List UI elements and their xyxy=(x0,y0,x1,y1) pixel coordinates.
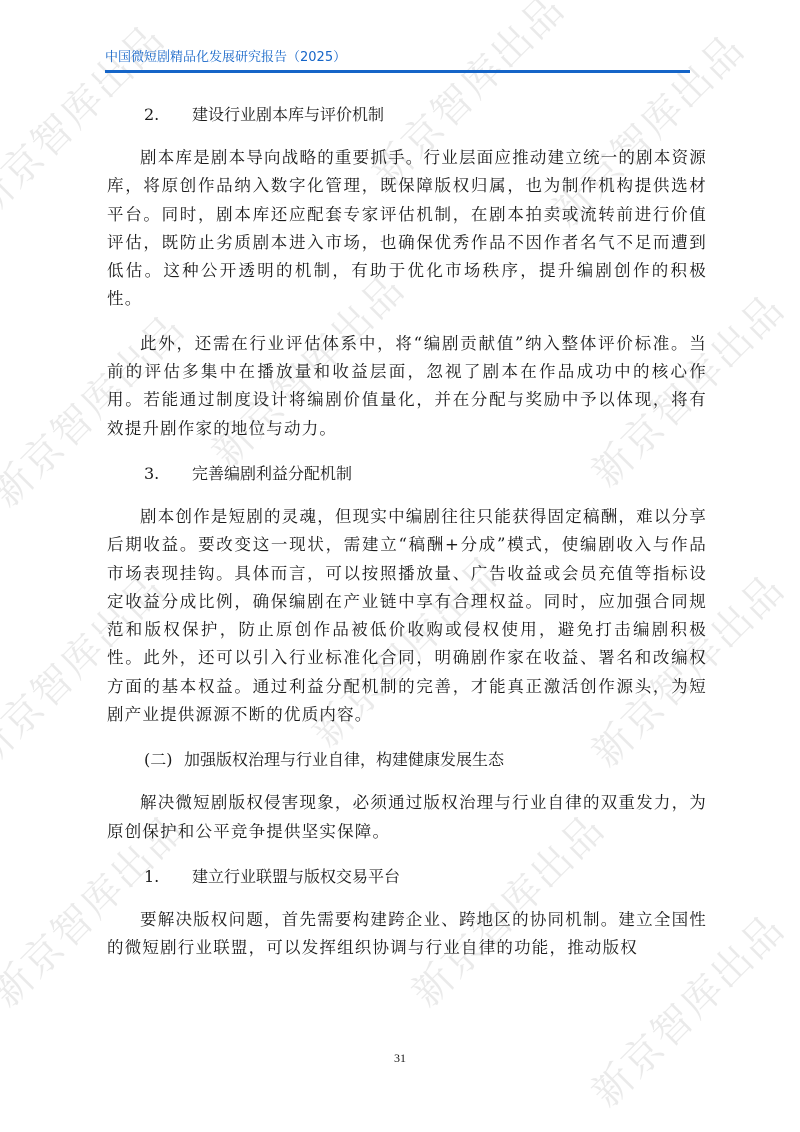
section-title: 完善编剧利益分配机制 xyxy=(192,464,352,483)
running-header-title: 中国微短剧精品化发展研究报告（2025） xyxy=(105,46,346,65)
section-title: 建立行业联盟与版权交易平台 xyxy=(192,867,400,886)
subheading-title: 加强版权治理与行业自律，构建健康发展生态 xyxy=(184,750,504,769)
section-number: 3. xyxy=(144,459,192,489)
paragraph: 剧本库是剧本导向战略的重要抓手。行业层面应推动建立统一的剧本资源库，将原创作品纳… xyxy=(107,144,707,314)
chapter-subheading: (二)加强版权治理与行业自律，构建健康发展生态 xyxy=(144,745,707,775)
subheading-number: (二) xyxy=(144,745,184,775)
paragraph: 解决微短剧版权侵害现象，必须通过版权治理与行业自律的双重发力，为原创保护和公平竞… xyxy=(107,789,707,846)
paragraph: 要解决版权问题，首先需要构建跨企业、跨地区的协同机制。建立全国性的微短剧行业联盟… xyxy=(107,906,707,963)
section-heading: 1.建立行业联盟与版权交易平台 xyxy=(144,862,707,892)
section-heading: 2.建设行业剧本库与评价机制 xyxy=(144,100,707,130)
section-heading: 3.完善编剧利益分配机制 xyxy=(144,459,707,489)
section-number: 2. xyxy=(144,100,192,130)
paragraph: 此外，还需在行业评估体系中，将“编剧贡献值”纳入整体评价标准。当前的评估多集中在… xyxy=(107,330,707,443)
page-body: 2.建设行业剧本库与评价机制 剧本库是剧本导向战略的重要抓手。行业层面应推动建立… xyxy=(107,100,707,963)
page-number: 31 xyxy=(0,1051,800,1066)
header-rule xyxy=(105,70,690,73)
paragraph: 剧本创作是短剧的灵魂，但现实中编剧往往只能获得固定稿酬，难以分享后期收益。要改变… xyxy=(107,503,707,729)
section-number: 1. xyxy=(144,862,192,892)
section-title: 建设行业剧本库与评价机制 xyxy=(192,105,384,124)
